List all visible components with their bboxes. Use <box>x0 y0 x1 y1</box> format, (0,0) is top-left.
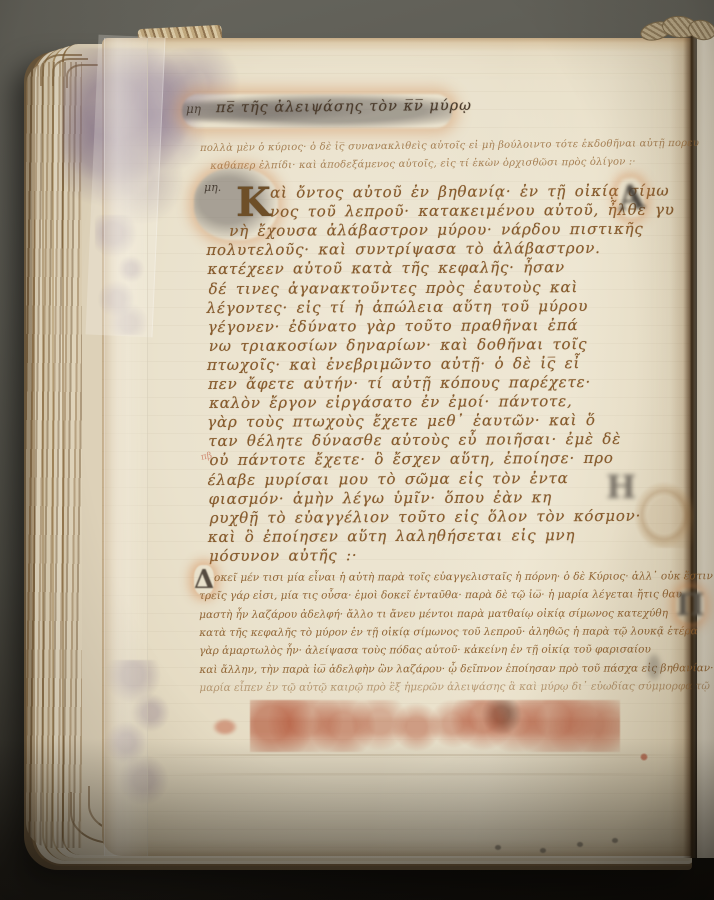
text-line: μαρία εἶπεν ἐν τῷ αὐτῷ καιρῷ πρὸ ἓξ ἡμερ… <box>199 680 710 694</box>
decorated-initial: Κ <box>236 179 271 226</box>
edge-speck <box>540 848 546 853</box>
text-line: οὐ πάντοτε ἔχετε· ὃ ἔσχεν αὕτη, ἐποίησε·… <box>209 449 613 469</box>
margin-chapter-number: μη. <box>204 181 221 194</box>
kephalaion-number: μη <box>186 102 201 116</box>
text-line: ταν θέλητε δύνασθε αὐτοὺς εὖ ποιῆσαι· ἐμ… <box>208 430 621 450</box>
text-line: τρεῖς γάρ εἰσι, μία τις οὖσα· ἐμοὶ δοκεῖ… <box>199 589 682 603</box>
red-smudge <box>212 718 238 736</box>
margin-stamp-middle: Η <box>606 468 636 506</box>
margin-stamp-upper: Α <box>616 177 646 220</box>
text-line: γὰρ τοὺς πτωχοὺς ἔχετε μεθ᾽ ἑαυτῶν· καὶ … <box>207 411 596 431</box>
margin-stamp-lower: Π <box>676 588 704 623</box>
red-margin-gloss: πβ <box>200 451 213 463</box>
repair-tape-strip <box>104 38 148 856</box>
text-line: πολυτελοῦς· καὶ συντρίψασα τὸ ἀλάβαστρον… <box>206 239 600 259</box>
text-line: γὰρ ἁμαρτωλὸς ἦν· ἀλείψασα τοὺς πόδας αὐ… <box>199 644 651 658</box>
text-line: κατέχεεν αὐτοῦ κατὰ τῆς κεφαλῆς· ἦσαν <box>207 259 565 279</box>
text-line: μαστὴ ἦν λαζάρου ἀδελφή· ἄλλο τι ἄνευ μέ… <box>199 607 668 621</box>
fold-line <box>150 754 690 756</box>
text-line: νος τοῦ λεπροῦ· κατακειμένου αὐτοῦ, ἦλθε… <box>270 201 675 221</box>
text-line: καὶ ἄλλην, τὴν παρὰ ἰω̅ ἀδελφὴν ὢν λαζάρ… <box>199 662 714 676</box>
text-line: νω τριακοσίων δηναρίων· καὶ δοθῆναι τοῖς <box>209 335 587 355</box>
red-offset-stain <box>250 700 620 752</box>
text-line: πτωχοῖς· καὶ ἐνεβριμῶντο αὐτῇ· ὁ δὲ ἰς̅ … <box>207 354 580 374</box>
ring-stain <box>634 482 694 548</box>
text-line: καὶ ὃ ἐποίησεν αὕτη λαληθήσεται εἰς μνη <box>208 526 575 546</box>
edge-speck <box>612 838 618 843</box>
text-line: λέγοντες· εἰς τί ἡ ἀπώλεια αὕτη τοῦ μύρο… <box>207 297 589 317</box>
text-line: αὶ ὄντος αὐτοῦ ἐν βηθανίᾳ· ἐν τῇ οἰκίᾳ σ… <box>270 182 669 202</box>
text-line: πεν ἄφετε αὐτήν· τί αὐτῇ κόπους παρέχετε… <box>208 373 591 393</box>
text-line: καλὸν ἔργον εἰργάσατο ἐν ἐμοί· πάντοτε, <box>209 392 572 412</box>
text-line: οκεῖ μέν τισι μία εἶναι ἡ αὐτὴ παρὰ τοῖς… <box>214 570 713 584</box>
text-line: φιασμόν· ἀμὴν λέγω ὑμῖν· ὅπου ἐὰν κη <box>209 488 552 508</box>
text-line: κατὰ τῆς κεφαλῆς τὸ μύρον ἐν τῇ οἰκίᾳ σί… <box>199 625 698 639</box>
pericope-title: πε̅ τῆς ἀλειψάσης τὸν κ̅ν̅ μύρῳ <box>216 98 472 116</box>
text-line: νὴ ἔχουσα ἀλάβαστρον μύρου· νάρδου πιστι… <box>229 220 643 240</box>
edge-speck <box>577 842 583 847</box>
text-line: γέγονεν· ἐδύνατο γὰρ τοῦτο πραθῆναι ἐπά <box>208 316 579 336</box>
manuscript-photo: μη πε̅ τῆς ἀλειψάσης τὸν κ̅ν̅ μύρῳ πολλὰ… <box>0 0 714 900</box>
text-line: δέ τινες ἀγανακτοῦντες πρὸς ἑαυτοὺς καὶ <box>209 278 579 298</box>
text-line: ρυχθῇ τὸ εὐαγγέλιον τοῦτο εἰς ὅλον τὸν κ… <box>210 506 641 526</box>
text-line: έλαβε μυρίσαι μου τὸ σῶμα εἰς τὸν ἐντα <box>208 469 569 489</box>
faint-margin-smudge <box>646 652 662 682</box>
fold-line <box>170 773 670 775</box>
text-line: μόσυνον αὐτῆς :· <box>209 546 358 565</box>
edge-speck <box>495 845 501 850</box>
facing-leaf-edge <box>697 30 714 858</box>
